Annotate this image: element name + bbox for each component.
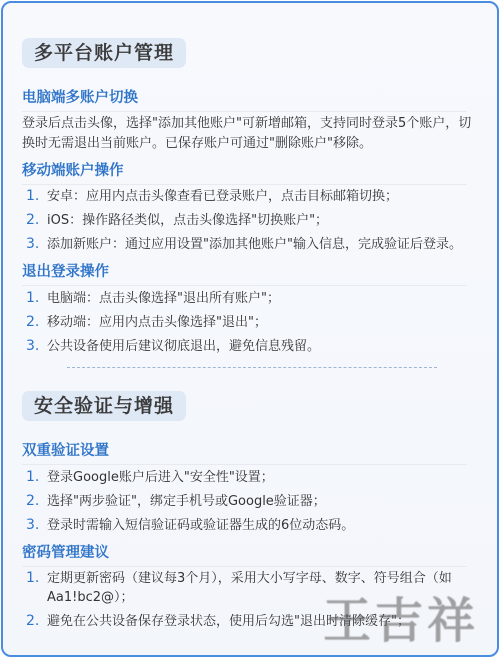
list-item: 1.电脑端：点击头像选择"退出所有账户"； <box>22 289 479 308</box>
list-number: 1. <box>26 569 39 588</box>
list-number: 3. <box>26 516 39 535</box>
list-number: 2. <box>26 492 39 511</box>
list-item-text: 选择"两步验证"，绑定手机号或Google验证器； <box>47 494 326 509</box>
list-item: 3.公共设备使用后建议彻底退出，避免信息残留。 <box>22 337 479 356</box>
list-item: 1.登录Google账户后进入"安全性"设置； <box>22 468 479 487</box>
list-item: 2.选择"两步验证"，绑定手机号或Google验证器； <box>22 492 479 511</box>
subheading-logout-ops: 退出登录操作 <box>22 261 467 286</box>
watermark: 王吉祥 <box>323 582 479 651</box>
list-number: 1. <box>26 289 39 308</box>
subheading-mobile-ops: 移动端账户操作 <box>22 160 467 185</box>
list-item-text: 电脑端：点击头像选择"退出所有账户"； <box>47 291 280 306</box>
paragraph-desktop-switch: 登录后点击头像，选择"添加其他账户"可新增邮箱，支持同时登录5个账户，切换时无需… <box>22 114 477 154</box>
list-number: 3. <box>26 337 39 356</box>
content-card: 多平台账户管理 电脑端多账户切换 登录后点击头像，选择"添加其他账户"可新增邮箱… <box>1 1 499 657</box>
list-number: 1. <box>26 187 39 206</box>
list-item-text: 登录Google账户后进入"安全性"设置； <box>47 470 274 485</box>
list-item-text: 公共设备使用后建议彻底退出，避免信息残留。 <box>47 339 320 354</box>
list-item-text: 安卓：应用内点击头像查看已登录账户，点击目标邮箱切换； <box>47 189 398 204</box>
list-number: 2. <box>26 211 39 230</box>
subheading-2fa: 双重验证设置 <box>22 440 467 465</box>
list-2fa: 1.登录Google账户后进入"安全性"设置； 2.选择"两步验证"，绑定手机号… <box>22 468 479 540</box>
list-item-text: iOS：操作路径类似，点击头像选择"切换账户"； <box>47 213 328 228</box>
list-number: 2. <box>26 612 39 631</box>
list-mobile-ops: 1.安卓：应用内点击头像查看已登录账户，点击目标邮箱切换； 2.iOS：操作路径… <box>22 187 479 259</box>
list-number: 2. <box>26 313 39 332</box>
list-item: 3.添加新账户：通过应用设置"添加其他账户"输入信息，完成验证后登录。 <box>22 235 479 254</box>
list-item-text: 移动端：应用内点击头像选择"退出"； <box>47 315 267 330</box>
list-item: 1.安卓：应用内点击头像查看已登录账户，点击目标邮箱切换； <box>22 187 479 206</box>
section-divider <box>67 367 437 368</box>
section-title-multi-account: 多平台账户管理 <box>22 38 186 68</box>
list-item: 3.登录时需输入短信验证码或验证器生成的6位动态码。 <box>22 516 479 535</box>
section-title-security: 安全验证与增强 <box>22 391 186 421</box>
list-number: 3. <box>26 235 39 254</box>
list-number: 1. <box>26 468 39 487</box>
list-logout-ops: 1.电脑端：点击头像选择"退出所有账户"； 2.移动端：应用内点击头像选择"退出… <box>22 289 479 361</box>
subheading-password: 密码管理建议 <box>22 542 467 567</box>
list-item: 2.iOS：操作路径类似，点击头像选择"切换账户"； <box>22 211 479 230</box>
list-item: 2.移动端：应用内点击头像选择"退出"； <box>22 313 479 332</box>
subheading-desktop-switch: 电脑端多账户切换 <box>22 87 467 112</box>
list-item-text: 添加新账户：通过应用设置"添加其他账户"输入信息，完成验证后登录。 <box>47 237 462 252</box>
list-item-text: 登录时需输入短信验证码或验证器生成的6位动态码。 <box>47 518 354 533</box>
